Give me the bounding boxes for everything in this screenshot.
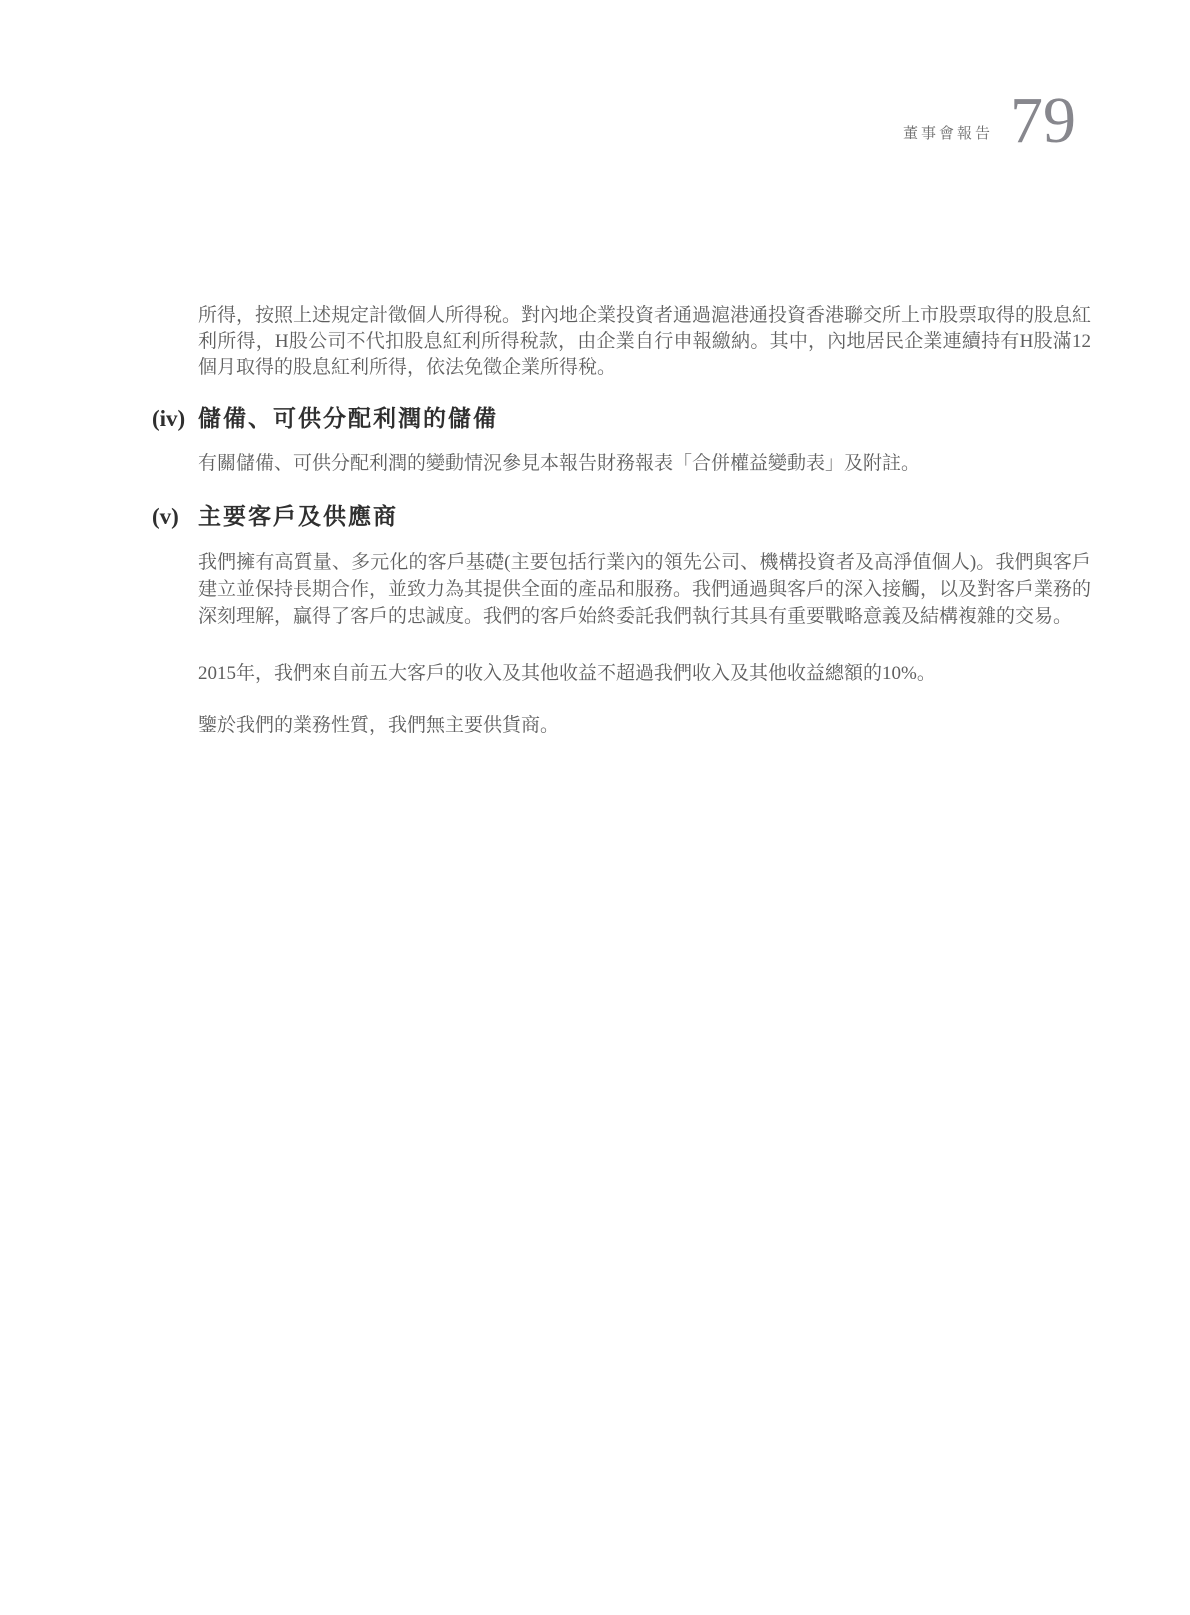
- section-heading-v: (v)主要客戶及供應商: [152, 503, 1091, 531]
- intro-paragraph: 所得，按照上述規定計徵個人所得稅。對內地企業投資者通過滬港通投資香港聯交所上市股…: [198, 303, 1091, 381]
- section-v-paragraph-3: 鑒於我們的業務性質，我們無主要供貨商。: [198, 713, 1091, 739]
- chapter-title: 董事會報告: [903, 122, 993, 143]
- page-number: 79: [1010, 88, 1076, 154]
- section-label-iv: (iv): [152, 405, 198, 433]
- section-title-iv: 儲備、可供分配利潤的儲備: [198, 406, 498, 431]
- section-label-v: (v): [152, 503, 198, 531]
- section-title-v: 主要客戶及供應商: [198, 504, 398, 529]
- report-page: 董事會報告 79 所得，按照上述規定計徵個人所得稅。對內地企業投資者通過滬港通投…: [0, 0, 1190, 1615]
- section-v-paragraph-2: 2015年，我們來自前五大客戶的收入及其他收益不超過我們收入及其他收益總額的10…: [198, 661, 1091, 687]
- section-iv-paragraph: 有關儲備、可供分配利潤的變動情況參見本報告財務報表「合併權益變動表」及附註。: [198, 451, 1091, 477]
- section-heading-iv: (iv)儲備、可供分配利潤的儲備: [152, 405, 1091, 433]
- section-v-paragraph-1: 我們擁有高質量、多元化的客戶基礎(主要包括行業內的領先公司、機構投資者及高淨值個…: [198, 549, 1091, 630]
